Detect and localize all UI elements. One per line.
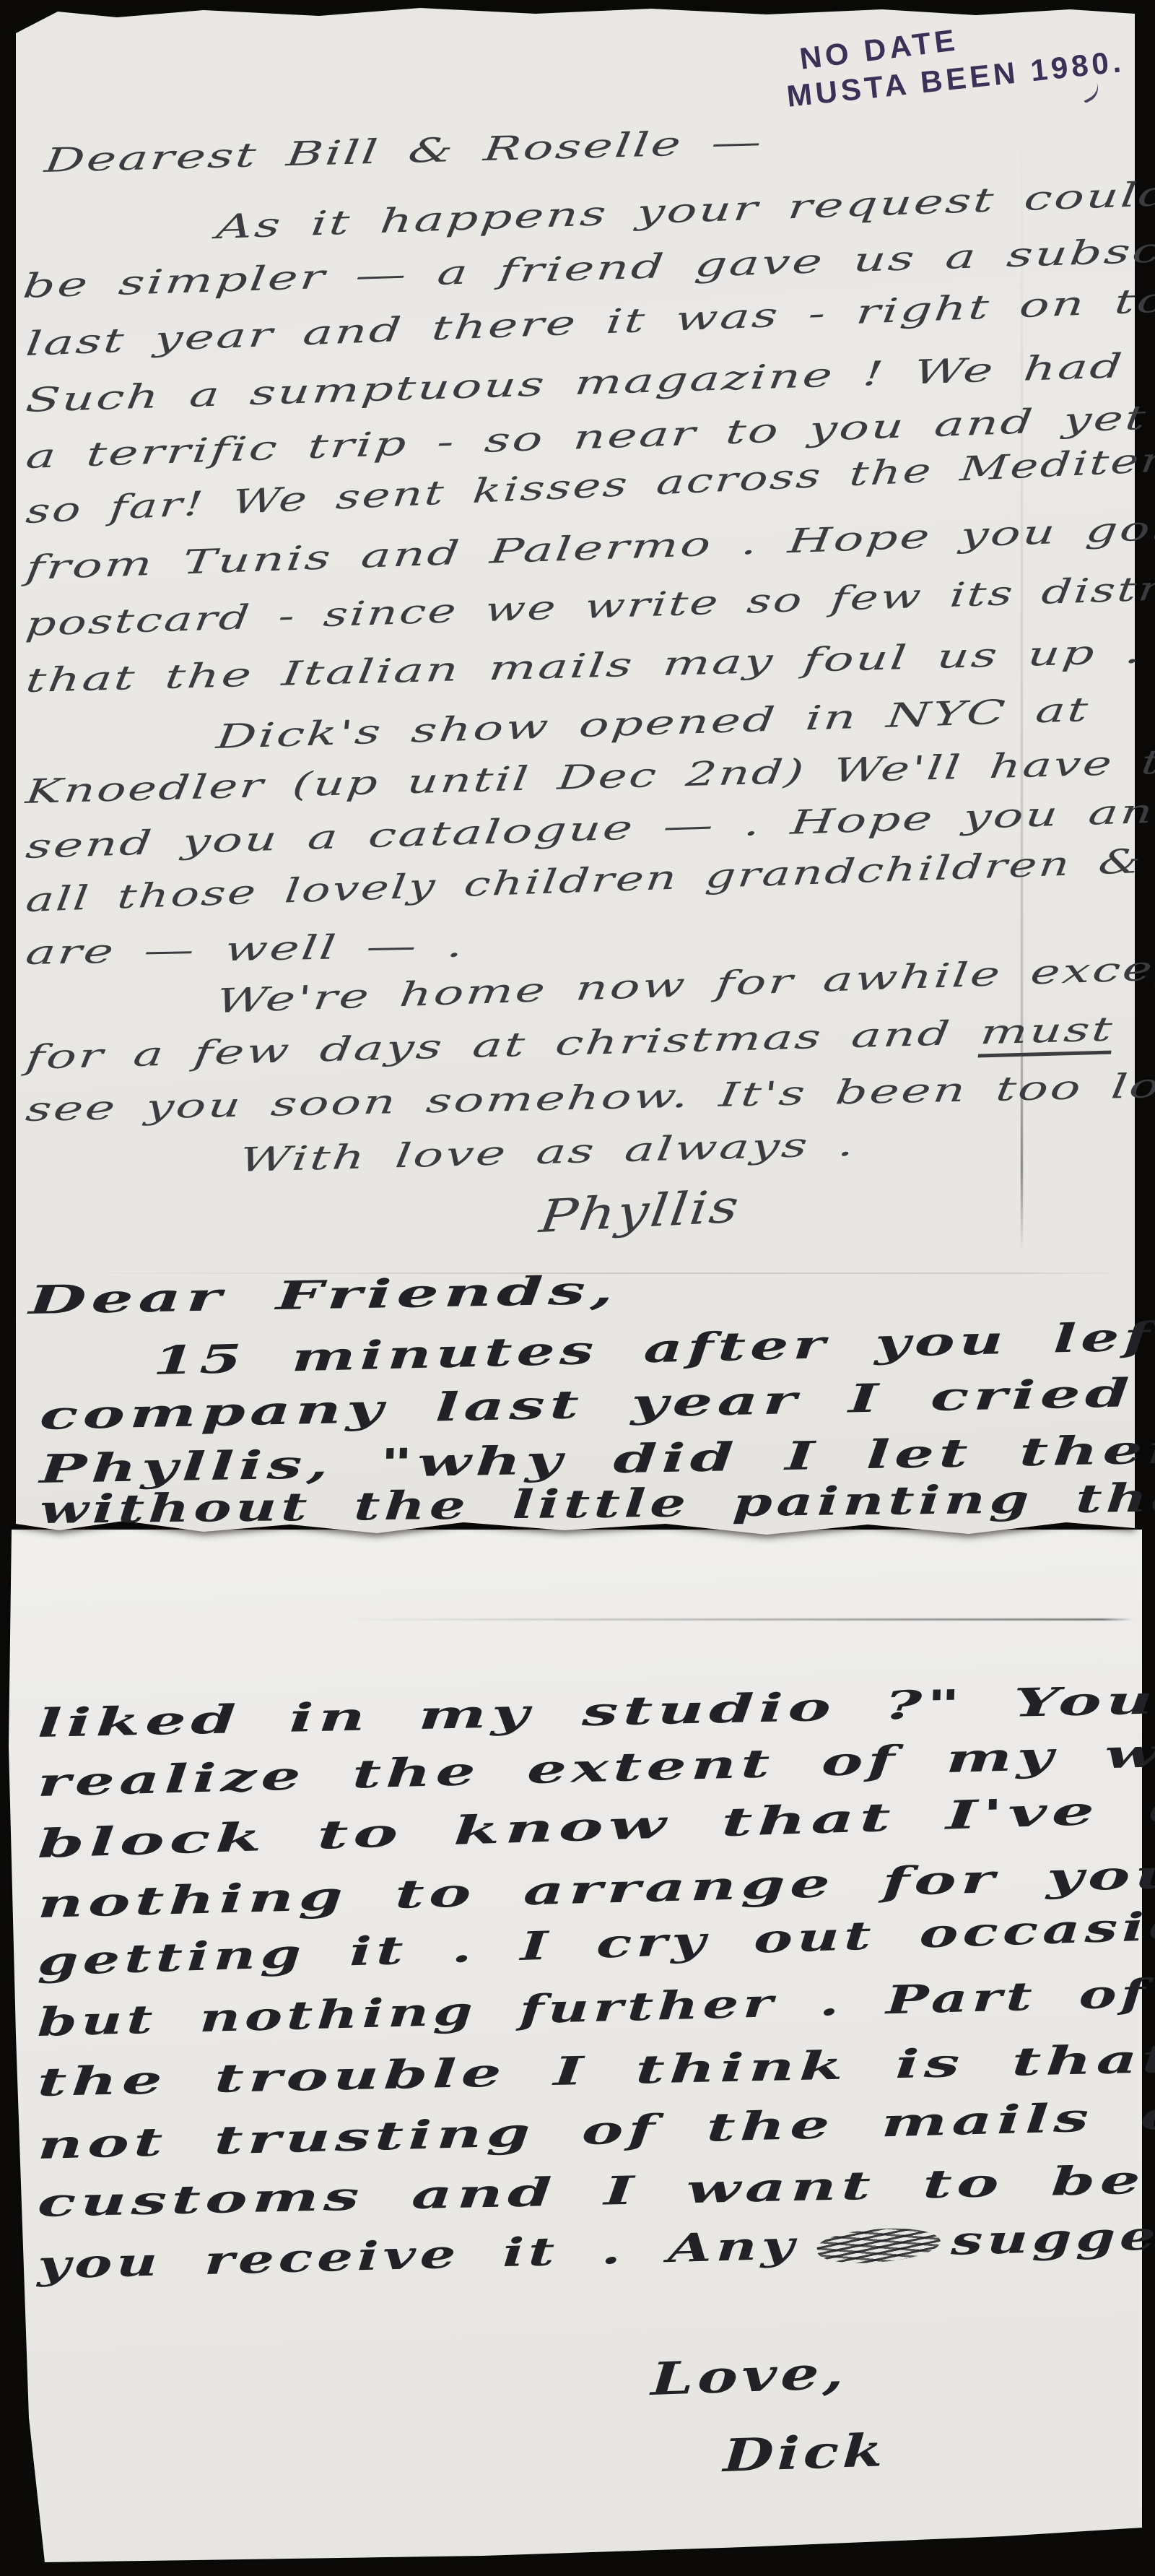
page1-wrapper [0,0,1155,2576]
scanned-letter: { "colors":{ "background":"#0b0a09", "pa… [0,0,1155,2576]
letter-page-1 [16,4,1135,1537]
